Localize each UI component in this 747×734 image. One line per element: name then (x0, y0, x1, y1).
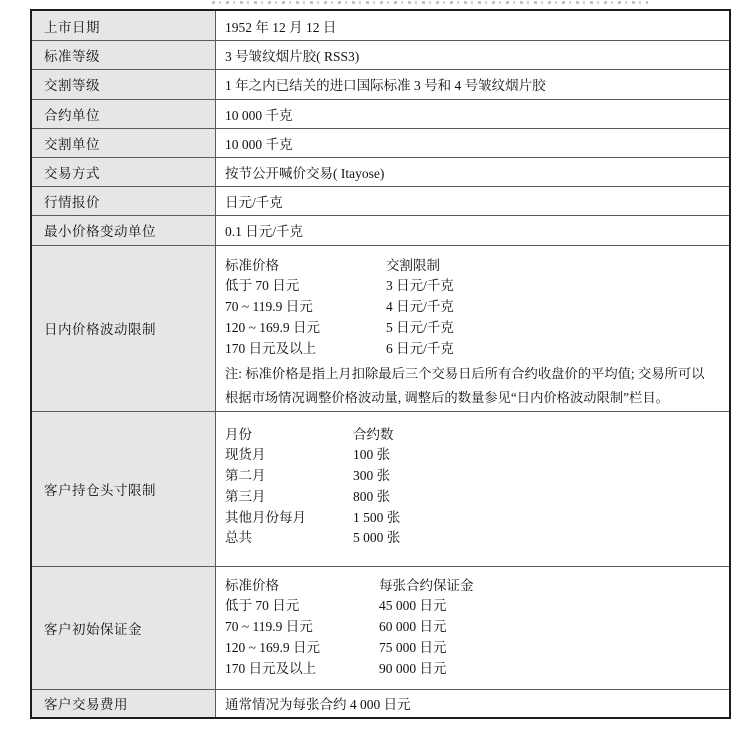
sub-table-row: 总共 5 000 张 (225, 528, 721, 549)
month-label: 现货月 (225, 445, 353, 466)
sub-col2-header: 交割限制 (386, 256, 440, 277)
price-range: 120 ~ 169.9 日元 (225, 638, 379, 659)
price-range: 低于 70 日元 (225, 596, 379, 617)
row-value: 1952 年 12 月 12 日 (216, 11, 729, 40)
table-row-quote: 行情报价 日元/千克 (32, 186, 729, 215)
month-label: 总共 (225, 528, 353, 549)
price-range: 70 ~ 119.9 日元 (225, 297, 386, 318)
row-value: 按节公开喊价交易( Itayose) (216, 158, 729, 186)
margin-value: 75 000 日元 (379, 638, 447, 659)
sub-table-row: 低于 70 日元 3 日元/千克 (225, 276, 721, 297)
sub-col2-header: 合约数 (353, 425, 394, 446)
month-label: 其他月份每月 (225, 508, 353, 529)
table-row-delivery-grade: 交割等级 1 年之内已结关的进口国际标准 3 号和 4 号皱纹烟片胶 (32, 69, 729, 98)
limit-value: 3 日元/千克 (386, 276, 454, 297)
table-row-contract-unit: 合约单位 10 000 千克 (32, 99, 729, 128)
row-label: 客户持仓头寸限制 (32, 412, 216, 566)
price-range: 120 ~ 169.9 日元 (225, 318, 386, 339)
month-label: 第二月 (225, 466, 353, 487)
table-row-trading-fee: 客户交易费用 通常情况为每张合约 4 000 日元 (32, 689, 729, 717)
sub-col1-header: 月份 (225, 425, 353, 446)
sub-table-header-row: 月份 合约数 (225, 425, 721, 446)
note-line-2: 根据市场情况调整价格波动量, 调整后的数量参见“日内价格波动限制”栏目。 (225, 386, 721, 410)
sub-table-row: 70 ~ 119.9 日元 60 000 日元 (225, 617, 721, 638)
sub-table-header-row: 标准价格 交割限制 (225, 256, 721, 277)
margin-value: 60 000 日元 (379, 617, 447, 638)
row-value: 标准价格 每张合约保证金 低于 70 日元 45 000 日元 70 ~ 119… (216, 567, 729, 689)
initial-margin-sub-table: 标准价格 每张合约保证金 低于 70 日元 45 000 日元 70 ~ 119… (225, 567, 721, 680)
row-label: 合约单位 (32, 100, 216, 128)
margin-value: 90 000 日元 (379, 659, 447, 680)
sub-table-row: 低于 70 日元 45 000 日元 (225, 596, 721, 617)
sub-table-row: 70 ~ 119.9 日元 4 日元/千克 (225, 297, 721, 318)
month-label: 第三月 (225, 487, 353, 508)
table-row-delivery-unit: 交割单位 10 000 千克 (32, 128, 729, 157)
table-row-min-tick: 最小价格变动单位 0.1 日元/千克 (32, 215, 729, 244)
row-value: 3 号皱纹烟片胶( RSS3) (216, 41, 729, 69)
margin-value: 45 000 日元 (379, 596, 447, 617)
position-limit-sub-table: 月份 合约数 现货月 100 张 第二月 300 张 第三月 800 张 (225, 412, 721, 550)
sub-table-row: 120 ~ 169.9 日元 75 000 日元 (225, 638, 721, 659)
sub-table-row: 第三月 800 张 (225, 487, 721, 508)
document-page: 上市日期 1952 年 12 月 12 日 标准等级 3 号皱纹烟片胶( RSS… (0, 0, 747, 734)
limit-value: 6 日元/千克 (386, 339, 454, 360)
row-label: 交割单位 (32, 129, 216, 157)
price-range: 170 日元及以上 (225, 339, 386, 360)
price-range: 70 ~ 119.9 日元 (225, 617, 379, 638)
row-value: 10 000 千克 (216, 129, 729, 157)
contracts-value: 100 张 (353, 445, 390, 466)
contract-spec-table: 上市日期 1952 年 12 月 12 日 标准等级 3 号皱纹烟片胶( RSS… (30, 9, 731, 719)
row-value: 10 000 千克 (216, 100, 729, 128)
limit-value: 4 日元/千克 (386, 297, 454, 318)
contracts-value: 300 张 (353, 466, 390, 487)
sub-col1-header: 标准价格 (225, 256, 386, 277)
price-range: 低于 70 日元 (225, 276, 386, 297)
row-label: 客户初始保证金 (32, 567, 216, 689)
price-range: 170 日元及以上 (225, 659, 379, 680)
sub-table-row: 170 日元及以上 6 日元/千克 (225, 339, 721, 360)
row-label: 客户交易费用 (32, 690, 216, 717)
contracts-value: 1 500 张 (353, 508, 400, 529)
limit-value: 5 日元/千克 (386, 318, 454, 339)
sub-table-row: 其他月份每月 1 500 张 (225, 508, 721, 529)
table-row-price-limit: 日内价格波动限制 标准价格 交割限制 低于 70 日元 3 日元/千克 70 ~… (32, 245, 729, 411)
sub-table-row: 第二月 300 张 (225, 466, 721, 487)
sub-col1-header: 标准价格 (225, 576, 379, 597)
row-value: 月份 合约数 现货月 100 张 第二月 300 张 第三月 800 张 (216, 412, 729, 566)
row-label: 标准等级 (32, 41, 216, 69)
price-limit-note: 注: 标准价格是指上月扣除最后三个交易日后所有合约收盘价的平均值; 交易所可以 … (225, 362, 721, 409)
row-label: 日内价格波动限制 (32, 246, 216, 411)
row-label: 行情报价 (32, 187, 216, 215)
row-value: 通常情况为每张合约 4 000 日元 (216, 690, 729, 717)
table-row-initial-margin: 客户初始保证金 标准价格 每张合约保证金 低于 70 日元 45 000 日元 … (32, 566, 729, 689)
clipped-page-title (212, 1, 648, 4)
row-value: 日元/千克 (216, 187, 729, 215)
contracts-value: 5 000 张 (353, 528, 400, 549)
row-value: 0.1 日元/千克 (216, 216, 729, 244)
sub-table-row: 现货月 100 张 (225, 445, 721, 466)
row-label: 交易方式 (32, 158, 216, 186)
sub-table-header-row: 标准价格 每张合约保证金 (225, 576, 721, 597)
sub-table-row: 170 日元及以上 90 000 日元 (225, 659, 721, 680)
contracts-value: 800 张 (353, 487, 390, 508)
sub-col2-header: 每张合约保证金 (379, 576, 474, 597)
table-row-standard-grade: 标准等级 3 号皱纹烟片胶( RSS3) (32, 40, 729, 69)
row-label: 交割等级 (32, 70, 216, 98)
table-row-position-limit: 客户持仓头寸限制 月份 合约数 现货月 100 张 第二月 300 张 (32, 411, 729, 566)
row-label: 上市日期 (32, 11, 216, 40)
row-value: 标准价格 交割限制 低于 70 日元 3 日元/千克 70 ~ 119.9 日元… (216, 246, 729, 411)
row-value: 1 年之内已结关的进口国际标准 3 号和 4 号皱纹烟片胶 (216, 70, 729, 98)
note-line-1: 注: 标准价格是指上月扣除最后三个交易日后所有合约收盘价的平均值; 交易所可以 (225, 362, 721, 386)
sub-table-row: 120 ~ 169.9 日元 5 日元/千克 (225, 318, 721, 339)
price-limit-sub-table: 标准价格 交割限制 低于 70 日元 3 日元/千克 70 ~ 119.9 日元… (225, 246, 721, 410)
table-row-listing-date: 上市日期 1952 年 12 月 12 日 (32, 11, 729, 40)
table-row-trading-method: 交易方式 按节公开喊价交易( Itayose) (32, 157, 729, 186)
row-label: 最小价格变动单位 (32, 216, 216, 244)
